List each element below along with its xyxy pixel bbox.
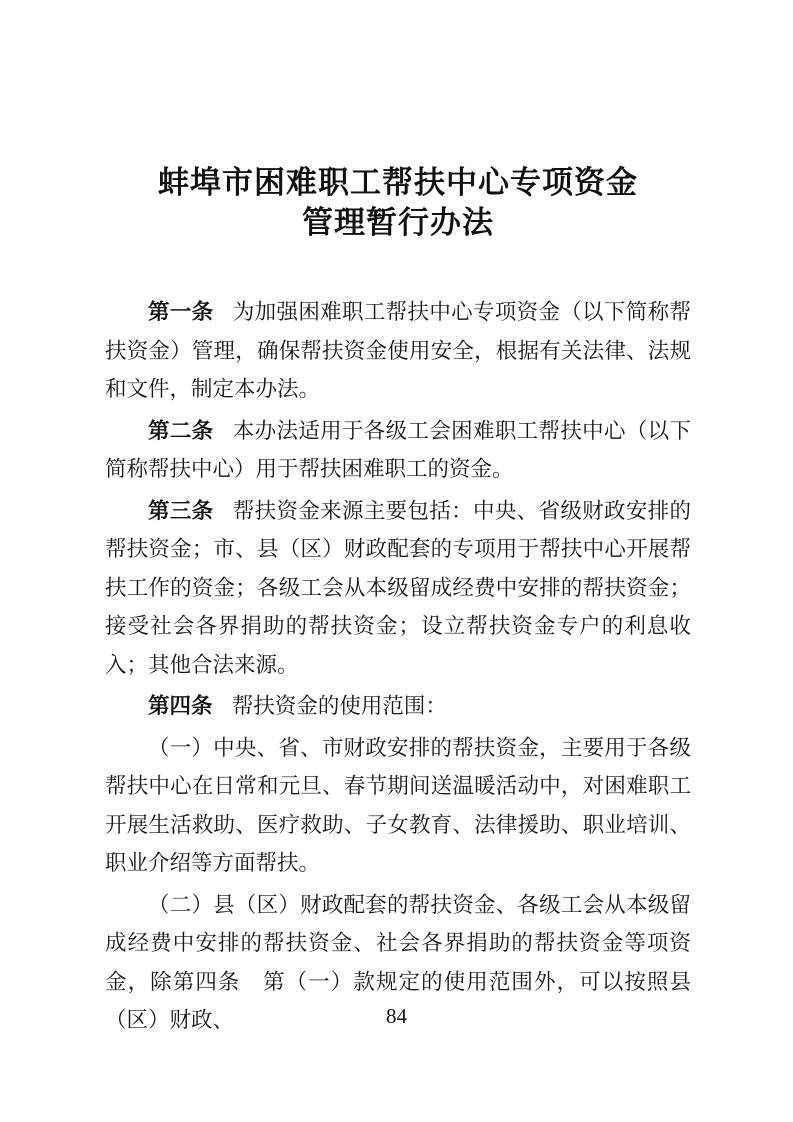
document-content: 蚌埠市困难职工帮扶中心专项资金管理暂行办法 第一条为加强困难职工帮扶中心专项资金…: [105, 163, 691, 1043]
paragraph-article-3: 第三条帮扶资金来源主要包括：中央、省级财政安排的帮扶资金；市、县（区）财政配套的…: [105, 492, 691, 685]
document-title-line2: 管理暂行办法: [302, 205, 494, 240]
article-3-text: 帮扶资金来源主要包括：中央、省级财政安排的帮扶资金；市、县（区）财政配套的专项用…: [105, 499, 691, 677]
document-title: 蚌埠市困难职工帮扶中心专项资金管理暂行办法: [105, 163, 691, 243]
article-3-label: 第三条: [148, 499, 214, 523]
document-title-line1: 蚌埠市困难职工帮扶中心专项资金: [158, 165, 638, 200]
paragraph-article-4: 第四条帮扶资金的使用范围：: [105, 687, 691, 726]
article-4-label: 第四条: [148, 694, 213, 718]
paragraph-article-1: 第一条为加强困难职工帮扶中心专项资金（以下简称帮扶资金）管理，确保帮扶资金使用安…: [105, 293, 691, 409]
article-2-label: 第二条: [148, 419, 214, 443]
article-4-text: 帮扶资金的使用范围：: [232, 694, 447, 718]
paragraph-article-2: 第二条本办法适用于各级工会困难职工帮扶中心（以下简称帮扶中心）用于帮扶困难职工的…: [105, 412, 691, 489]
paragraph-item-1: （一）中央、省、市财政安排的帮扶资金，主要用于各级帮扶中心在日常和元旦、春节期间…: [105, 729, 691, 883]
document-page: 蚌埠市困难职工帮扶中心专项资金管理暂行办法 第一条为加强困难职工帮扶中心专项资金…: [0, 0, 793, 1122]
article-1-label: 第一条: [148, 300, 214, 324]
page-number: 84: [0, 1003, 793, 1029]
item-1-text: （一）中央、省、市财政安排的帮扶资金，主要用于各级帮扶中心在日常和元旦、春节期间…: [105, 736, 691, 876]
